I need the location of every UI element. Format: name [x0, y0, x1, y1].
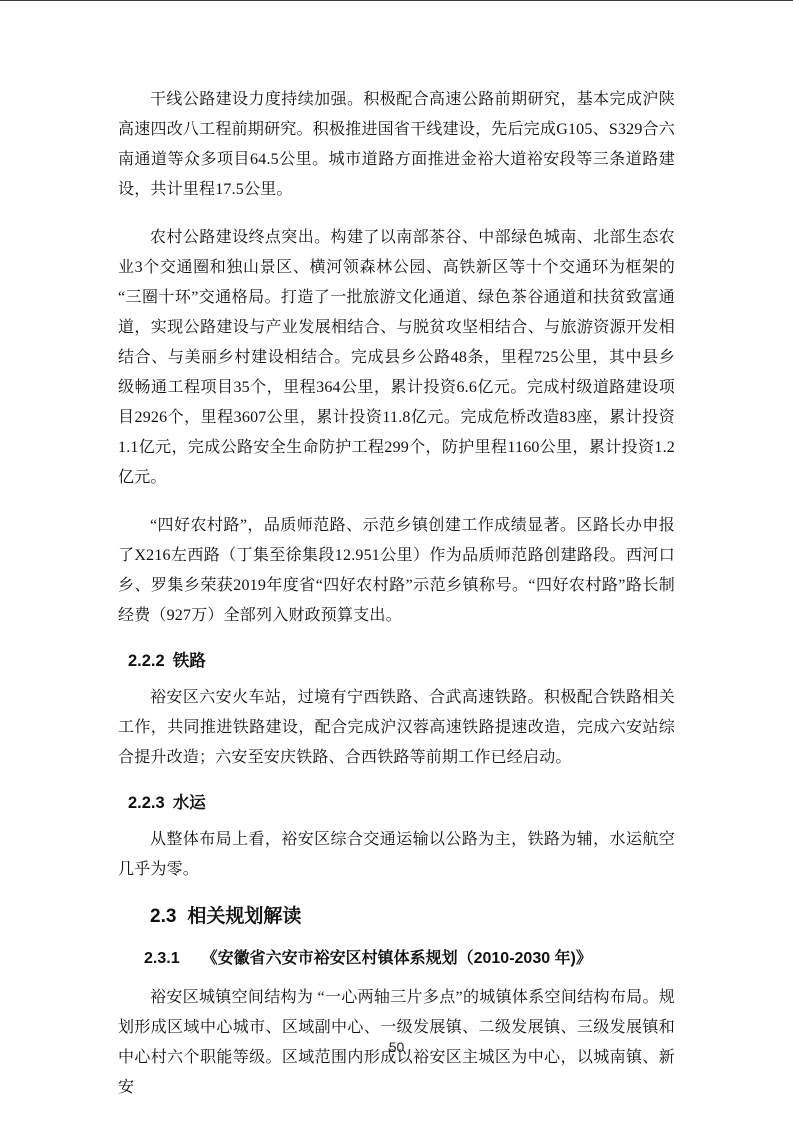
paragraph-railway: 裕安区六安火车站，过境有宁西铁路、合武高速铁路。积极配合铁路相关工作，共同推进铁… [118, 683, 675, 773]
page-number: 50 [0, 1039, 793, 1055]
heading-number: 2.3.1 [144, 950, 180, 967]
heading-title: 铁路 [173, 652, 206, 670]
heading-2-2-3-water-transport: 2.2.3水运 [128, 791, 675, 815]
heading-number: 2.2.2 [128, 652, 165, 670]
heading-number: 2.3 [150, 906, 176, 927]
heading-2-2-2-railway: 2.2.2铁路 [128, 649, 675, 673]
heading-title: 相关规划解读 [187, 906, 301, 927]
heading-title: 《安徽省六安市裕安区村镇体系规划（2010-2030 年)》 [202, 950, 592, 967]
paragraph-trunk-roads: 干线公路建设力度持续加强。积极配合高速公路前期研究，基本完成沪陕高速四改八工程前… [118, 85, 675, 205]
paragraph-water-transport: 从整体布局上看，裕安区综合交通运输以公路为主，铁路为辅，水运航空几乎为零。 [118, 825, 675, 885]
heading-number: 2.2.3 [128, 794, 165, 812]
heading-title: 水运 [173, 794, 206, 812]
paragraph-four-good-rural-roads: “四好农村路”，品质师范路、示范乡镇创建工作成绩显著。区路长办申报了X216左西… [118, 511, 675, 631]
paragraph-rural-roads: 农村公路建设终点突出。构建了以南部茶谷、中部绿色城南、北部生态农业3个交通圈和独… [118, 223, 675, 493]
heading-2-3-1-village-system-plan: 2.3.1《安徽省六安市裕安区村镇体系规划（2010-2030 年)》 [144, 947, 675, 971]
page-content: 干线公路建设力度持续加强。积极配合高速公路前期研究，基本完成沪陕高速四改八工程前… [118, 1, 675, 1121]
document-page: 干线公路建设力度持续加强。积极配合高速公路前期研究，基本完成沪陕高速四改八工程前… [0, 0, 793, 1122]
heading-2-3-related-planning: 2.3相关规划解读 [150, 903, 675, 931]
